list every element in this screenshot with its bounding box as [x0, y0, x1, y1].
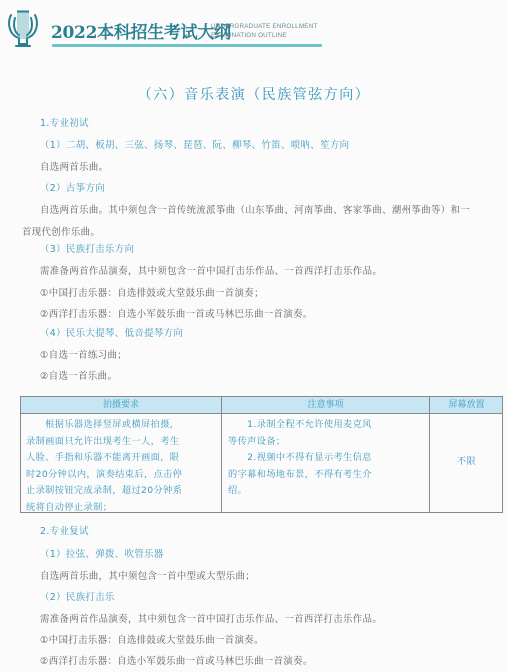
preliminary-item-3-title: （3）民族打击乐方向	[40, 241, 134, 255]
preliminary-item-2-text-cont: 首现代创作乐曲。	[22, 224, 100, 238]
preliminary-item-3-point-1: ①中国打击乐器：自选排鼓或大堂鼓乐曲一首演奏；	[40, 285, 264, 299]
preliminary-item-1-title: （1）二胡、板胡、三弦、扬琴、琵琶、阮、柳琴、竹笛、唢呐、笙方向	[40, 137, 349, 151]
outline-subtitle: UNDERGRADUATE ENROLLMENT EXAMINATION OUT…	[211, 22, 318, 40]
table-column-divider	[221, 397, 222, 512]
subtitle-line-2: EXAMINATION OUTLINE	[211, 31, 318, 40]
lyre-icon	[6, 9, 40, 49]
cell-line: 等传声设备；	[228, 434, 426, 451]
retest-item-2-title: （2）民族打击乐	[40, 589, 115, 603]
subtitle-line-1: UNDERGRADUATE ENROLLMENT	[211, 22, 318, 31]
cell-line: 根据乐器选择竖屏或横屏拍摄，	[26, 417, 218, 434]
table-cell-screen: 不限	[430, 454, 503, 471]
cell-line: 止录制按钮完成录制，超过20分钟系	[26, 483, 218, 500]
section-title: （六）音乐表演（民族管弦方向）	[0, 84, 508, 104]
preliminary-item-1-text: 自选两首乐曲。	[40, 159, 108, 173]
table-cell-notes: 1.录制全程不允许使用麦克风 等传声设备； 2.视频中不得有显示考生信息 的字幕…	[228, 417, 426, 500]
preliminary-item-3-point-2: ②西洋打击乐器：自选小军鼓乐曲一首或马林巴乐曲一首演奏。	[40, 306, 313, 320]
preliminary-item-3-text: 需准备两首作品演奏，其中须包含一首中国打击乐作品、一首西洋打击乐作品。	[40, 263, 382, 277]
header-divider	[52, 44, 322, 47]
cell-line: 1.录制全程不允许使用麦克风	[228, 417, 426, 434]
preliminary-item-2-title: （2）古筝方向	[40, 180, 105, 194]
retest-item-1-title: （1）拉弦、弹拨、吹管乐器	[40, 546, 164, 560]
cell-line: 人脸、手指和乐器不能离开画面，限	[26, 450, 218, 467]
cell-line: 时20分钟以内，演奏结束后，点击停	[26, 467, 218, 484]
cell-line: 的字幕和场地布景，不得有考生介	[228, 467, 426, 484]
retest-item-2-point-2: ②西洋打击乐器：自选小军鼓乐曲一首或马林巴乐曲一首演奏。	[40, 653, 313, 667]
cell-line: 录制画面只允许出现考生一人，考生	[26, 434, 218, 451]
recording-requirements-table: 拍摄要求 注意事项 屏幕放置 根据乐器选择竖屏或横屏拍摄， 录制画面只允许出现考…	[20, 396, 503, 513]
table-header-notes: 注意事项	[222, 397, 429, 414]
retest-heading: 2.专业复试	[40, 523, 89, 537]
retest-item-1-text: 自选两首乐曲，其中须包含一首中型或大型乐曲；	[40, 568, 255, 582]
page-header: 2022本科招生考试大纲 UNDERGRADUATE ENROLLMENT EX…	[0, 0, 508, 60]
cell-line: 2.视频中不得有显示考生信息	[228, 450, 426, 467]
preliminary-item-4-point-2: ②自选一首乐曲。	[40, 368, 117, 382]
cell-line: 统将自动停止录制；	[26, 500, 218, 517]
preliminary-item-2-text: 自选两首乐曲。其中须包含一首传统流派筝曲（山东筝曲、河南筝曲、客家筝曲、潮州筝曲…	[40, 202, 470, 216]
preliminary-item-4-title: （4）民乐大提琴、低音提琴方向	[40, 325, 183, 339]
cell-line: 绍。	[228, 483, 426, 500]
outline-title: 2022本科招生考试大纲	[51, 18, 231, 43]
retest-item-2-point-1: ①中国打击乐器：自选排鼓或大堂鼓乐曲一首演奏。	[40, 632, 264, 646]
table-header-shooting: 拍摄要求	[21, 397, 221, 414]
retest-item-2-text: 需准备两首作品演奏，其中须包含一首中国打击乐作品、一首西洋打击乐作品。	[40, 611, 382, 625]
preliminary-heading: 1.专业初试	[40, 115, 89, 129]
table-cell-shooting: 根据乐器选择竖屏或横屏拍摄， 录制画面只允许出现考生一人，考生 人脸、手指和乐器…	[26, 417, 218, 516]
table-header-screen: 屏幕放置	[430, 397, 503, 414]
preliminary-item-4-point-1: ①自选一首练习曲；	[40, 347, 127, 361]
